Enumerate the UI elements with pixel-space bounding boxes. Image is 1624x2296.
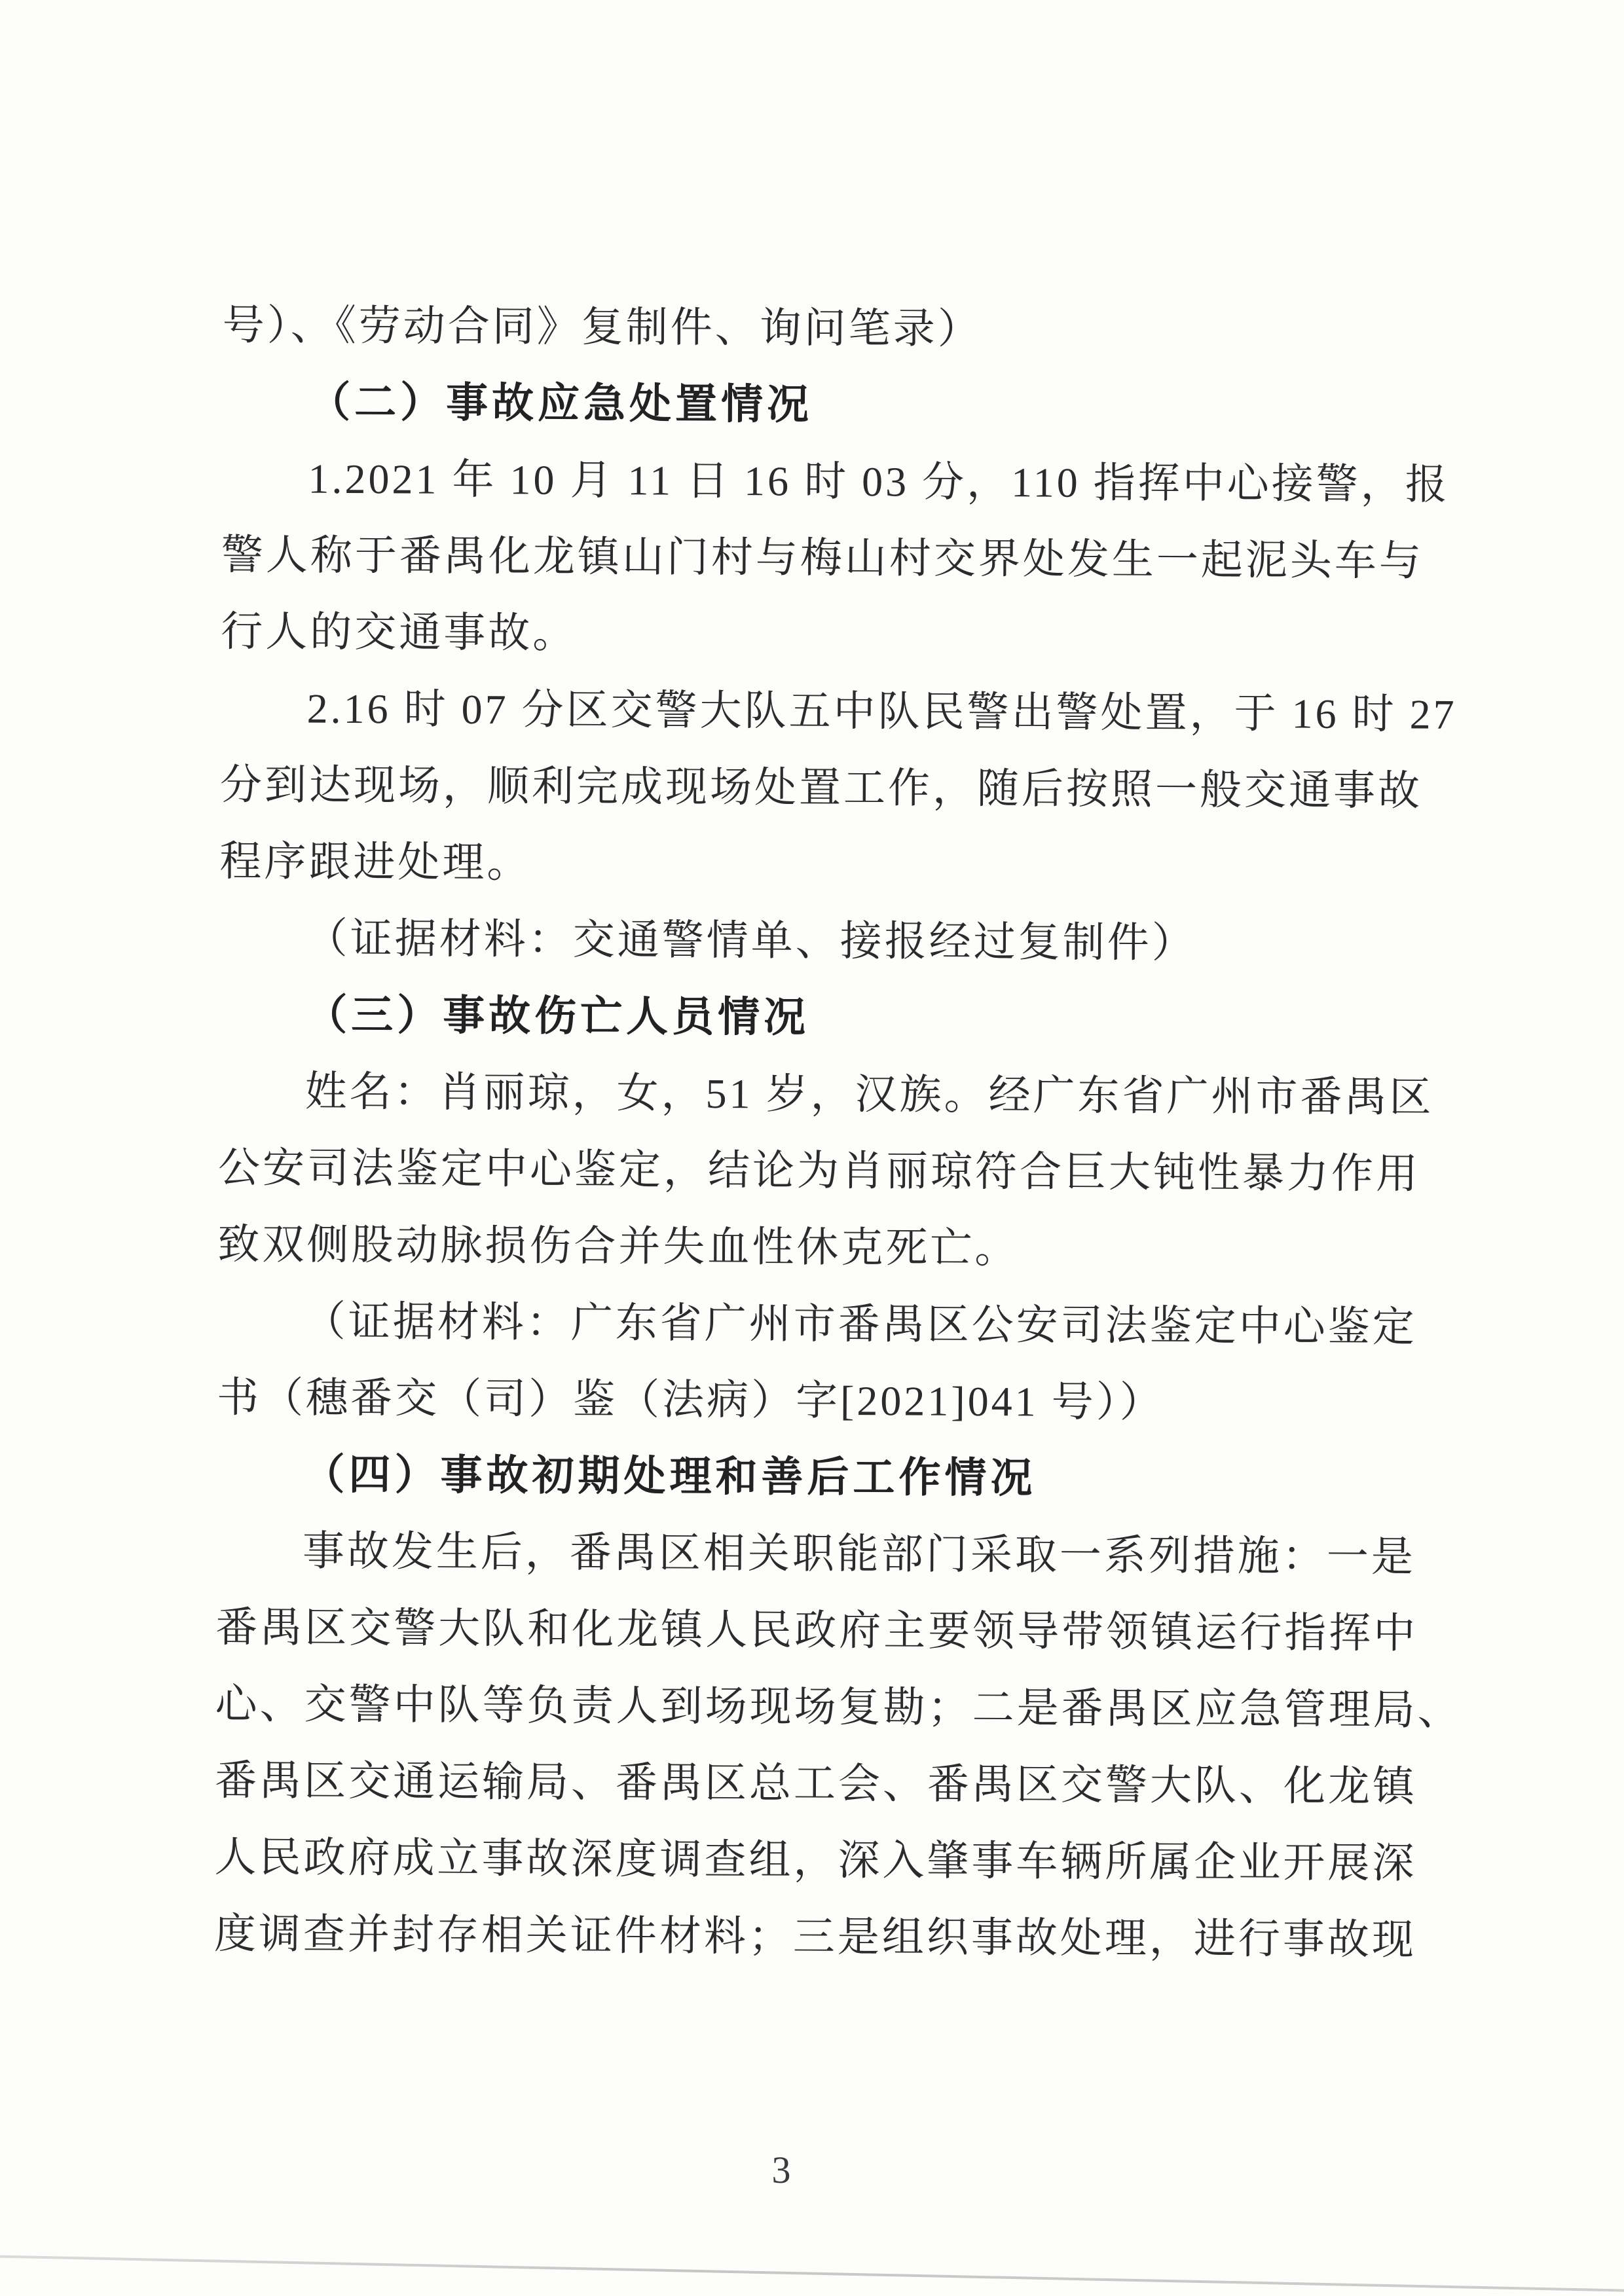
line-alarm-received: 1.2021 年 10 月 11 日 16 时 03 分，110 指挥中心接警，…	[221, 440, 1505, 523]
line-procedure-follow-up: 程序跟进处理。	[219, 823, 1504, 906]
line-pedestrian-accident: 行人的交通事故。	[221, 593, 1505, 676]
scan-edge-line	[0, 2255, 1624, 2294]
line-victim-name: 姓名：肖丽琼，女，51 岁，汉族。经广东省广州市番禺区	[218, 1053, 1502, 1136]
line-contract-copies: 号）、《劳动合同》复制件、询问笔录）	[222, 287, 1506, 370]
line-leaders-site-review: 番禺区交警大队和化龙镇人民政府主要领导带领镇运行指挥中	[215, 1589, 1500, 1672]
line-evidence-traffic-alert: （证据材料：交通警情单、接报经过复制件）	[219, 900, 1503, 983]
line-measure-three: 度调查并封存相关证件材料；三是组织事故处理，进行事故现	[214, 1895, 1498, 1978]
page-number: 3	[0, 2147, 1562, 2193]
line-police-dispatch: 2.16 时 07 分区交警大队五中队民警出警处置，于 16 时 27	[220, 670, 1504, 753]
line-measures-intro: 事故发生后，番禺区相关职能部门采取一系列措施：一是	[216, 1512, 1500, 1595]
line-evidence-forensic-report: （证据材料：广东省广州市番禺区公安司法鉴定中心鉴定	[217, 1283, 1501, 1366]
line-alarm-location: 警人称于番禺化龙镇山门村与梅山村交界处发生一起泥头车与	[221, 517, 1505, 600]
line-scene-handling: 分到达现场，顺利完成现场处置工作，随后按照一般交通事故	[220, 746, 1504, 829]
heading-section-2-emergency-response: （二）事故应急处置情况	[222, 363, 1506, 446]
line-investigation-team: 人民政府成立事故深度调查组，深入肇事车辆所属企业开展深	[214, 1819, 1498, 1902]
heading-section-3-casualties: （三）事故伤亡人员情况	[219, 976, 1503, 1059]
scanned-document-page: 号）、《劳动合同》复制件、询问笔录） （二）事故应急处置情况 1.2021 年 …	[0, 0, 1624, 2296]
line-cause-of-death: 致双侧股动脉损伤合并失血性休克死亡。	[217, 1206, 1502, 1289]
document-body: 号）、《劳动合同》复制件、询问笔录） （二）事故应急处置情况 1.2021 年 …	[214, 287, 1506, 1978]
line-report-number: 书（穗番交（司）鉴（法病）字[2021]041 号））	[217, 1359, 1501, 1442]
heading-section-4-initial-handling: （四）事故初期处理和善后工作情况	[216, 1436, 1500, 1519]
line-departments-list: 番禺区交通运输局、番禺区总工会、番禺区交警大队、化龙镇	[215, 1742, 1499, 1825]
line-measure-two-departments: 心、交警中队等负责人到场现场复勘；二是番禺区应急管理局、	[215, 1666, 1499, 1749]
line-forensic-conclusion: 公安司法鉴定中心鉴定，结论为肖丽琼符合巨大钝性暴力作用	[218, 1129, 1502, 1212]
